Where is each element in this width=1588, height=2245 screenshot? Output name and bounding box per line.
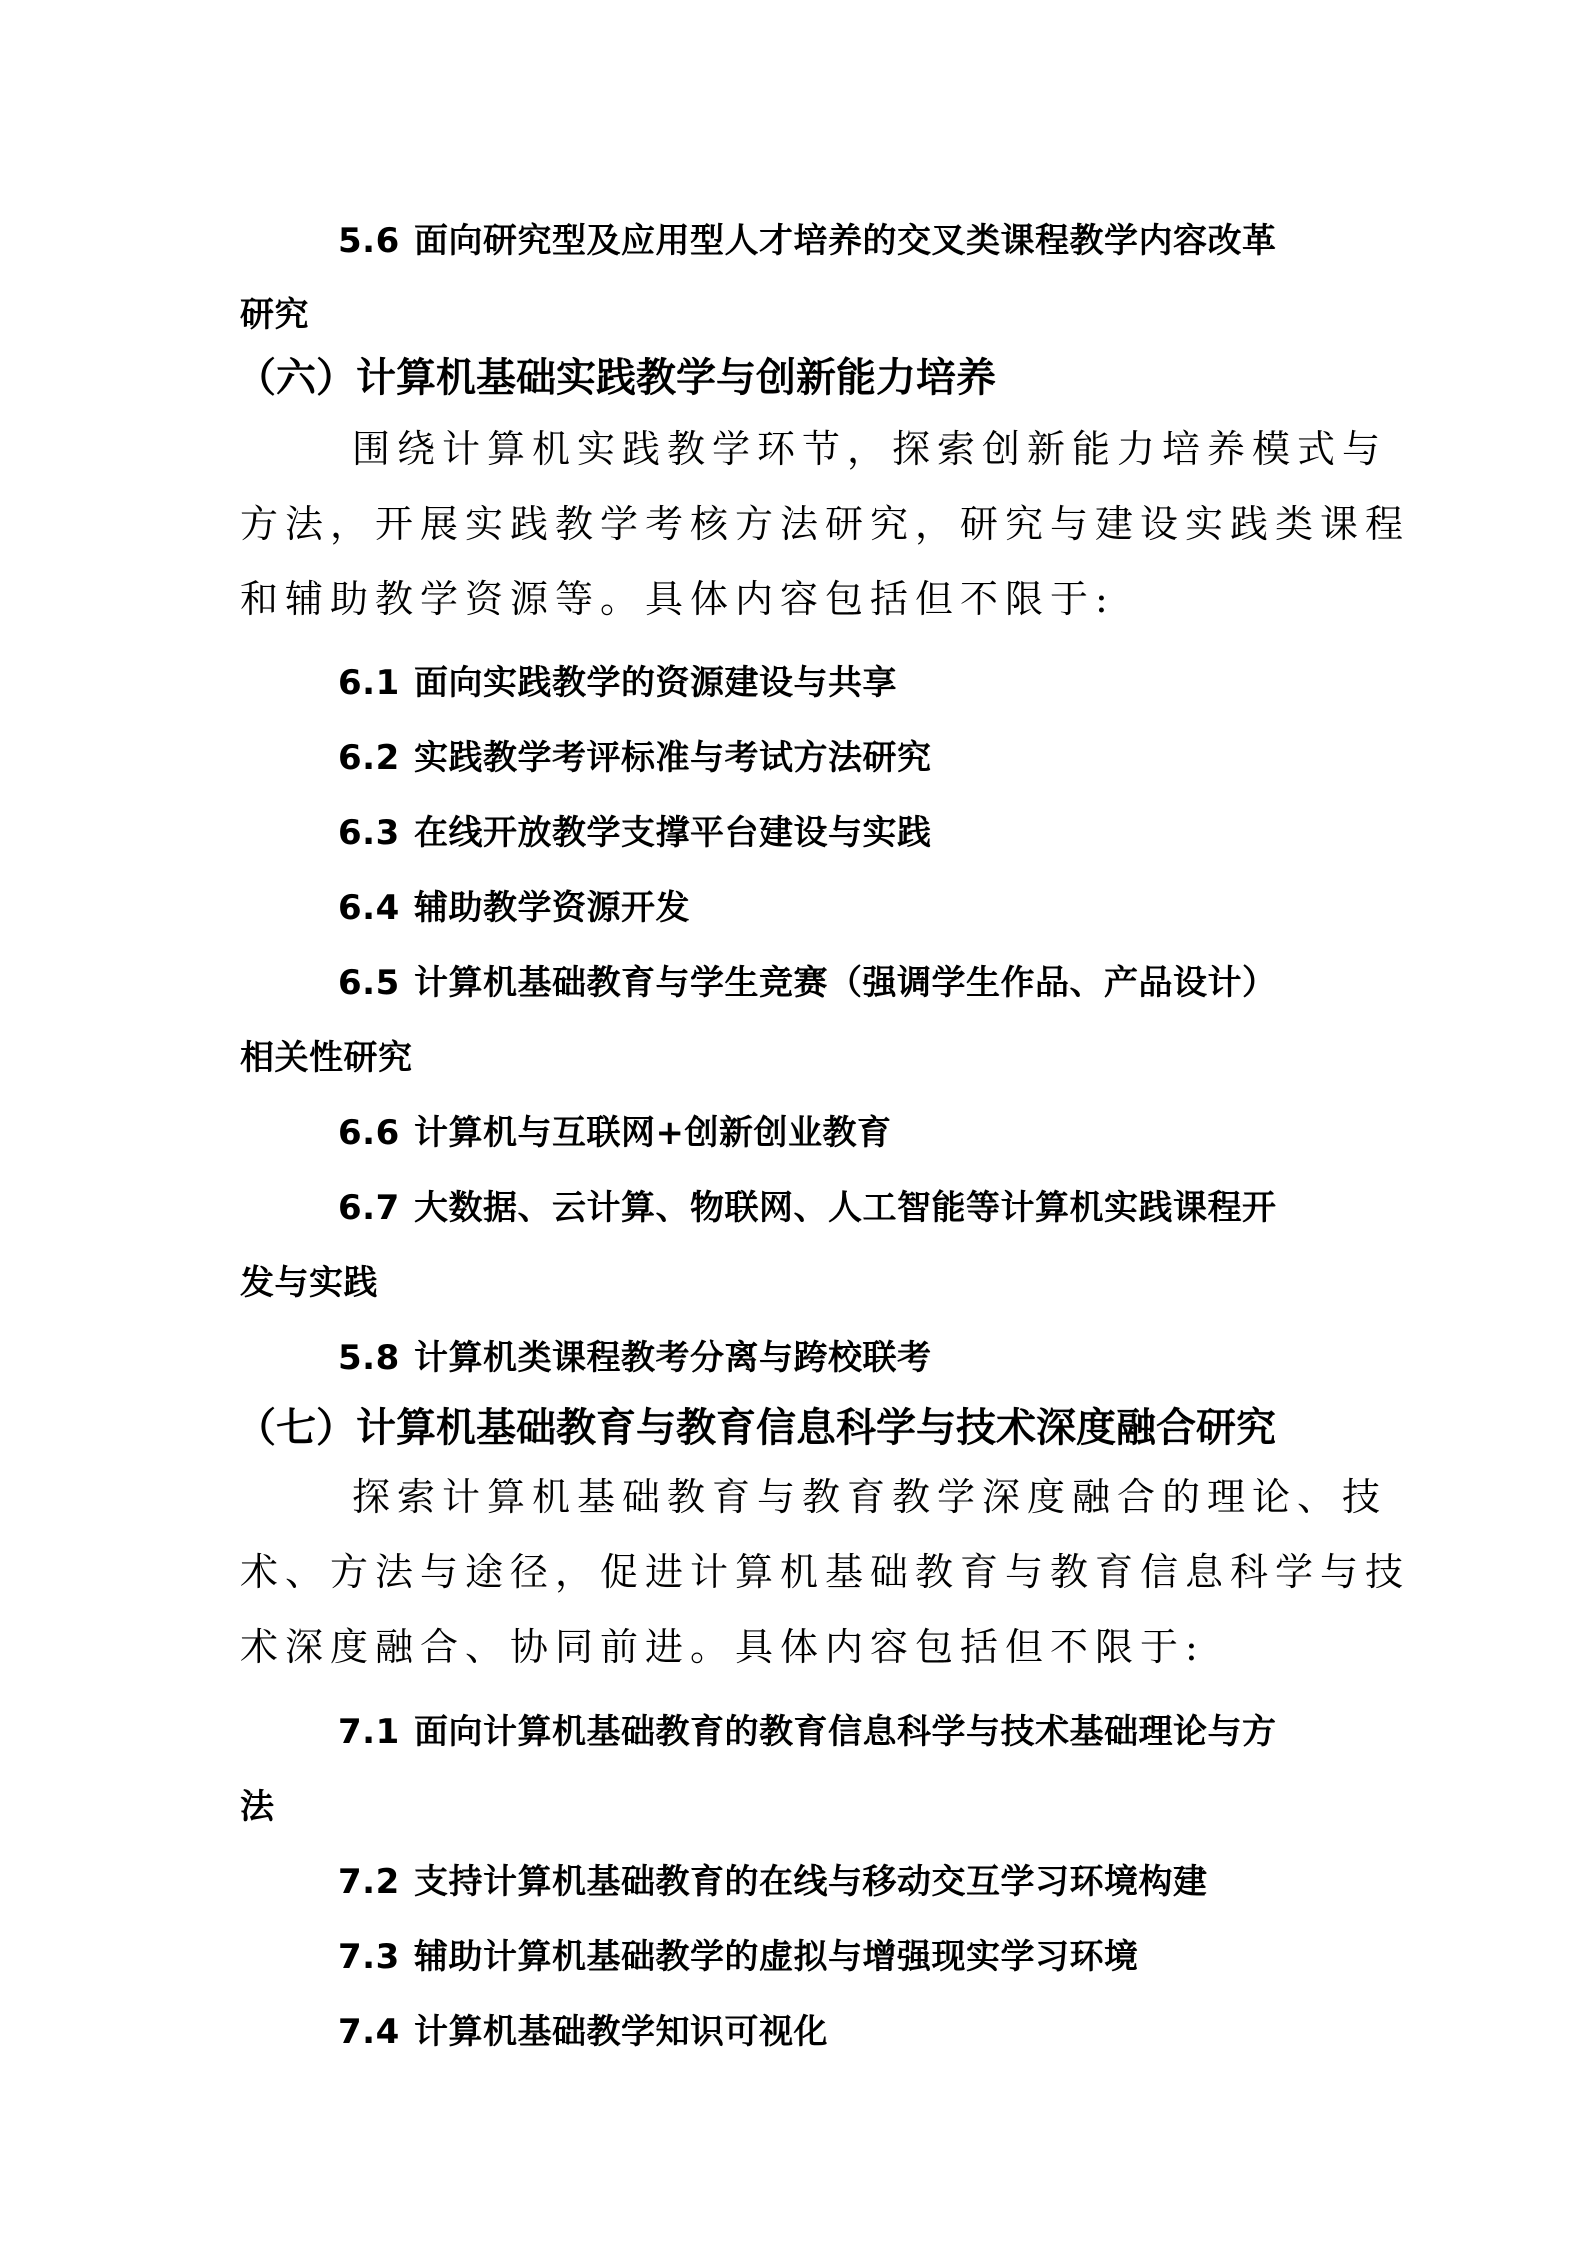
paragraph-line: 和辅助教学资源等。具体内容包括但不限于:	[240, 580, 1115, 618]
list-item-6-5-continuation: 相关性研究	[240, 1041, 413, 1075]
item-number: 6.7	[338, 1191, 414, 1225]
paragraph-line: 术深度融合、协同前进。具体内容包括但不限于:	[240, 1628, 1205, 1666]
item-text: 计算机与互联网+创新创业教育	[414, 1113, 892, 1153]
list-item-6-7-continuation: 发与实践	[240, 1266, 378, 1300]
item-text: 辅助教学资源开发	[414, 888, 690, 928]
item-text: 计算机基础教学知识可视化	[414, 2012, 828, 2052]
list-item-6-4: 6.4辅助教学资源开发	[338, 891, 690, 925]
section-heading-6: （六）计算机基础实践教学与创新能力培养	[236, 358, 996, 398]
list-item-5-8: 5.8计算机类课程教考分离与跨校联考	[338, 1341, 932, 1375]
item-number: 7.4	[338, 2015, 414, 2049]
list-item-7-1-continuation: 法	[240, 1790, 275, 1824]
paragraph-line: 方法，开展实践教学考核方法研究，研究与建设实践类课程	[240, 505, 1410, 543]
item-number: 6.4	[338, 891, 414, 925]
list-item-6-2: 6.2实践教学考评标准与考试方法研究	[338, 741, 932, 775]
item-number: 6.6	[338, 1116, 414, 1150]
paragraph-line: 探索计算机基础教育与教育教学深度融合的理论、技	[352, 1478, 1387, 1516]
list-item-5-6-continuation: 研究	[240, 298, 309, 332]
item-number: 6.5	[338, 966, 414, 1000]
list-item-7-3: 7.3辅助计算机基础教学的虚拟与增强现实学习环境	[338, 1940, 1139, 1974]
item-text: 面向研究型及应用型人才培养的交叉类课程教学内容改革	[414, 221, 1277, 261]
list-item-5-6: 5.6面向研究型及应用型人才培养的交叉类课程教学内容改革	[338, 224, 1277, 258]
item-text: 计算机类课程教考分离与跨校联考	[414, 1338, 932, 1378]
item-text: 面向计算机基础教育的教育信息科学与技术基础理论与方	[414, 1712, 1277, 1752]
item-number: 5.8	[338, 1341, 414, 1375]
list-item-6-5: 6.5计算机基础教育与学生竞赛（强调学生作品、产品设计）	[338, 966, 1277, 1000]
item-text: 大数据、云计算、物联网、人工智能等计算机实践课程开	[414, 1188, 1277, 1228]
paragraph-line: 围绕计算机实践教学环节，探索创新能力培养模式与	[352, 430, 1387, 468]
item-text: 实践教学考评标准与考试方法研究	[414, 738, 932, 778]
item-number: 5.6	[338, 224, 414, 258]
list-item-7-2: 7.2支持计算机基础教育的在线与移动交互学习环境构建	[338, 1865, 1208, 1899]
item-number: 7.1	[338, 1715, 414, 1749]
list-item-6-6: 6.6计算机与互联网+创新创业教育	[338, 1116, 892, 1150]
item-number: 6.3	[338, 816, 414, 850]
list-item-6-7: 6.7大数据、云计算、物联网、人工智能等计算机实践课程开	[338, 1191, 1277, 1225]
list-item-6-3: 6.3在线开放教学支撑平台建设与实践	[338, 816, 932, 850]
item-text: 在线开放教学支撑平台建设与实践	[414, 813, 932, 853]
item-number: 7.3	[338, 1940, 414, 1974]
item-text: 支持计算机基础教育的在线与移动交互学习环境构建	[414, 1862, 1208, 1902]
item-number: 6.2	[338, 741, 414, 775]
section-heading-7: （七）计算机基础教育与教育信息科学与技术深度融合研究	[236, 1408, 1276, 1448]
item-text: 辅助计算机基础教学的虚拟与增强现实学习环境	[414, 1937, 1139, 1977]
item-number: 6.1	[338, 666, 414, 700]
item-number: 7.2	[338, 1865, 414, 1899]
item-text: 面向实践教学的资源建设与共享	[414, 663, 897, 703]
list-item-7-4: 7.4计算机基础教学知识可视化	[338, 2015, 828, 2049]
paragraph-line: 术、方法与途径，促进计算机基础教育与教育信息科学与技	[240, 1553, 1410, 1591]
list-item-6-1: 6.1面向实践教学的资源建设与共享	[338, 666, 897, 700]
list-item-7-1: 7.1面向计算机基础教育的教育信息科学与技术基础理论与方	[338, 1715, 1277, 1749]
item-text: 计算机基础教育与学生竞赛（强调学生作品、产品设计）	[414, 963, 1277, 1003]
